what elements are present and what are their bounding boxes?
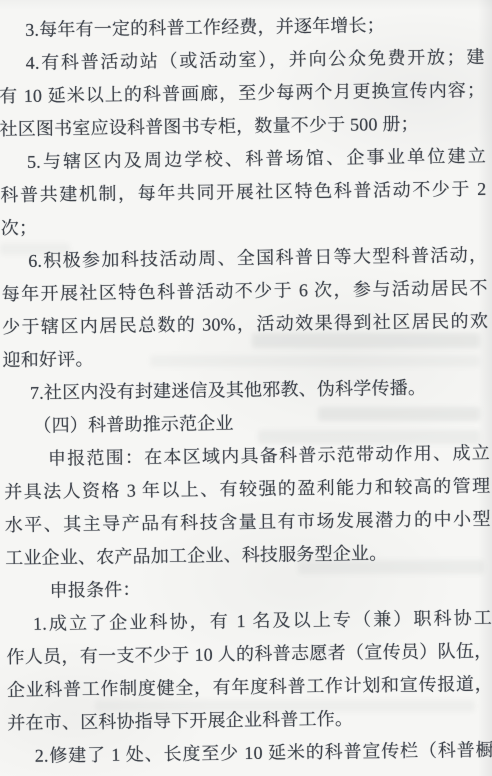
text-line: 企业科普工作制度健全，有年度科普工作计划和宣传报道，	[7, 668, 492, 707]
text-line: 7.社区内没有封建迷信及其他邪教、伪科学传播。	[3, 371, 489, 410]
text-line: 少于辖区内居民总数的 30%，活动效果得到社区居民的欢	[2, 305, 488, 344]
document-page: 3.每年有一定的科普工作经费，并逐年增长； 4.有科普活动站（或活动室），并向公…	[0, 0, 492, 776]
scanned-text-block: 3.每年有一定的科普工作经费，并逐年增长； 4.有科普活动站（或活动室），并向公…	[0, 8, 492, 773]
text-line: 科普共建机制，每年共同开展社区特色科普活动不少于 2	[0, 173, 486, 212]
text-line: 水平、其主导产品有科技含量且有市场发展潜力的中小型	[5, 503, 491, 542]
text-line: 2.修建了 1 处、长度至少 10 延米的科普宣传栏（科普橱	[8, 734, 492, 773]
